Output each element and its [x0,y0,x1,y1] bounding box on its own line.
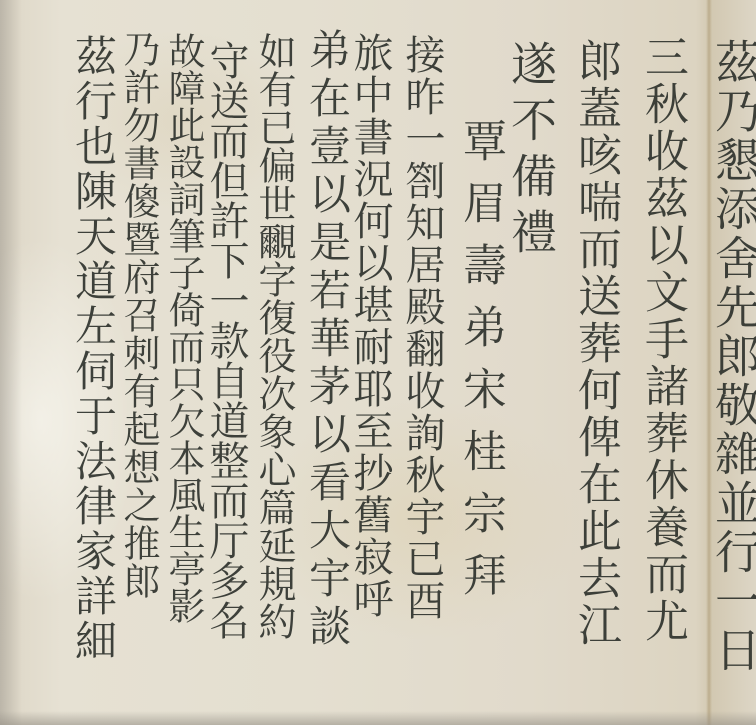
text-column-1: 茲乃懇添舍先郎敬雜並行一日 [712,38,756,675]
text-column-11: 故障此設詞筆子倚而只欠本風生亭影 [165,32,202,624]
text-column-6: 接昨一劄知居殿翻收詢秋宇已酉 [402,34,442,622]
text-column-8: 弟在壹以是若華茅以看大宇談 [306,28,348,652]
text-column-13: 茲行也陳天道左伺于法律家詳細 [72,34,114,664]
text-column-7: 旅中書況何以堪耐耶至抄舊寂呼 [350,32,390,620]
text-column-4: 遂不備禮 [508,40,554,264]
text-column-9: 如有已偏世覼字復役次象心篇延規約 [255,32,293,640]
letter-sheet: 茲乃懇添舍先郎敬雜並行一日 三秋收茲以文手諸葬休養而尤 郎蓋咳喘而送葬何俾在此去… [0,0,756,725]
text-column-5: 覃眉壽弟宋桂宗拜 [458,118,502,614]
text-column-10: 守送而但許下一款自道整而厅多名 [206,40,246,640]
text-column-12: 乃許勿書傻暨府召刺有起想之推郎 [120,30,157,600]
paper-bottom-edge [0,711,756,725]
text-column-2: 三秋收茲以文手諸葬休養而尤 [640,34,684,645]
paper-left-edge [0,0,22,725]
text-column-3: 郎蓋咳喘而送葬何俾在此去江 [573,38,617,649]
